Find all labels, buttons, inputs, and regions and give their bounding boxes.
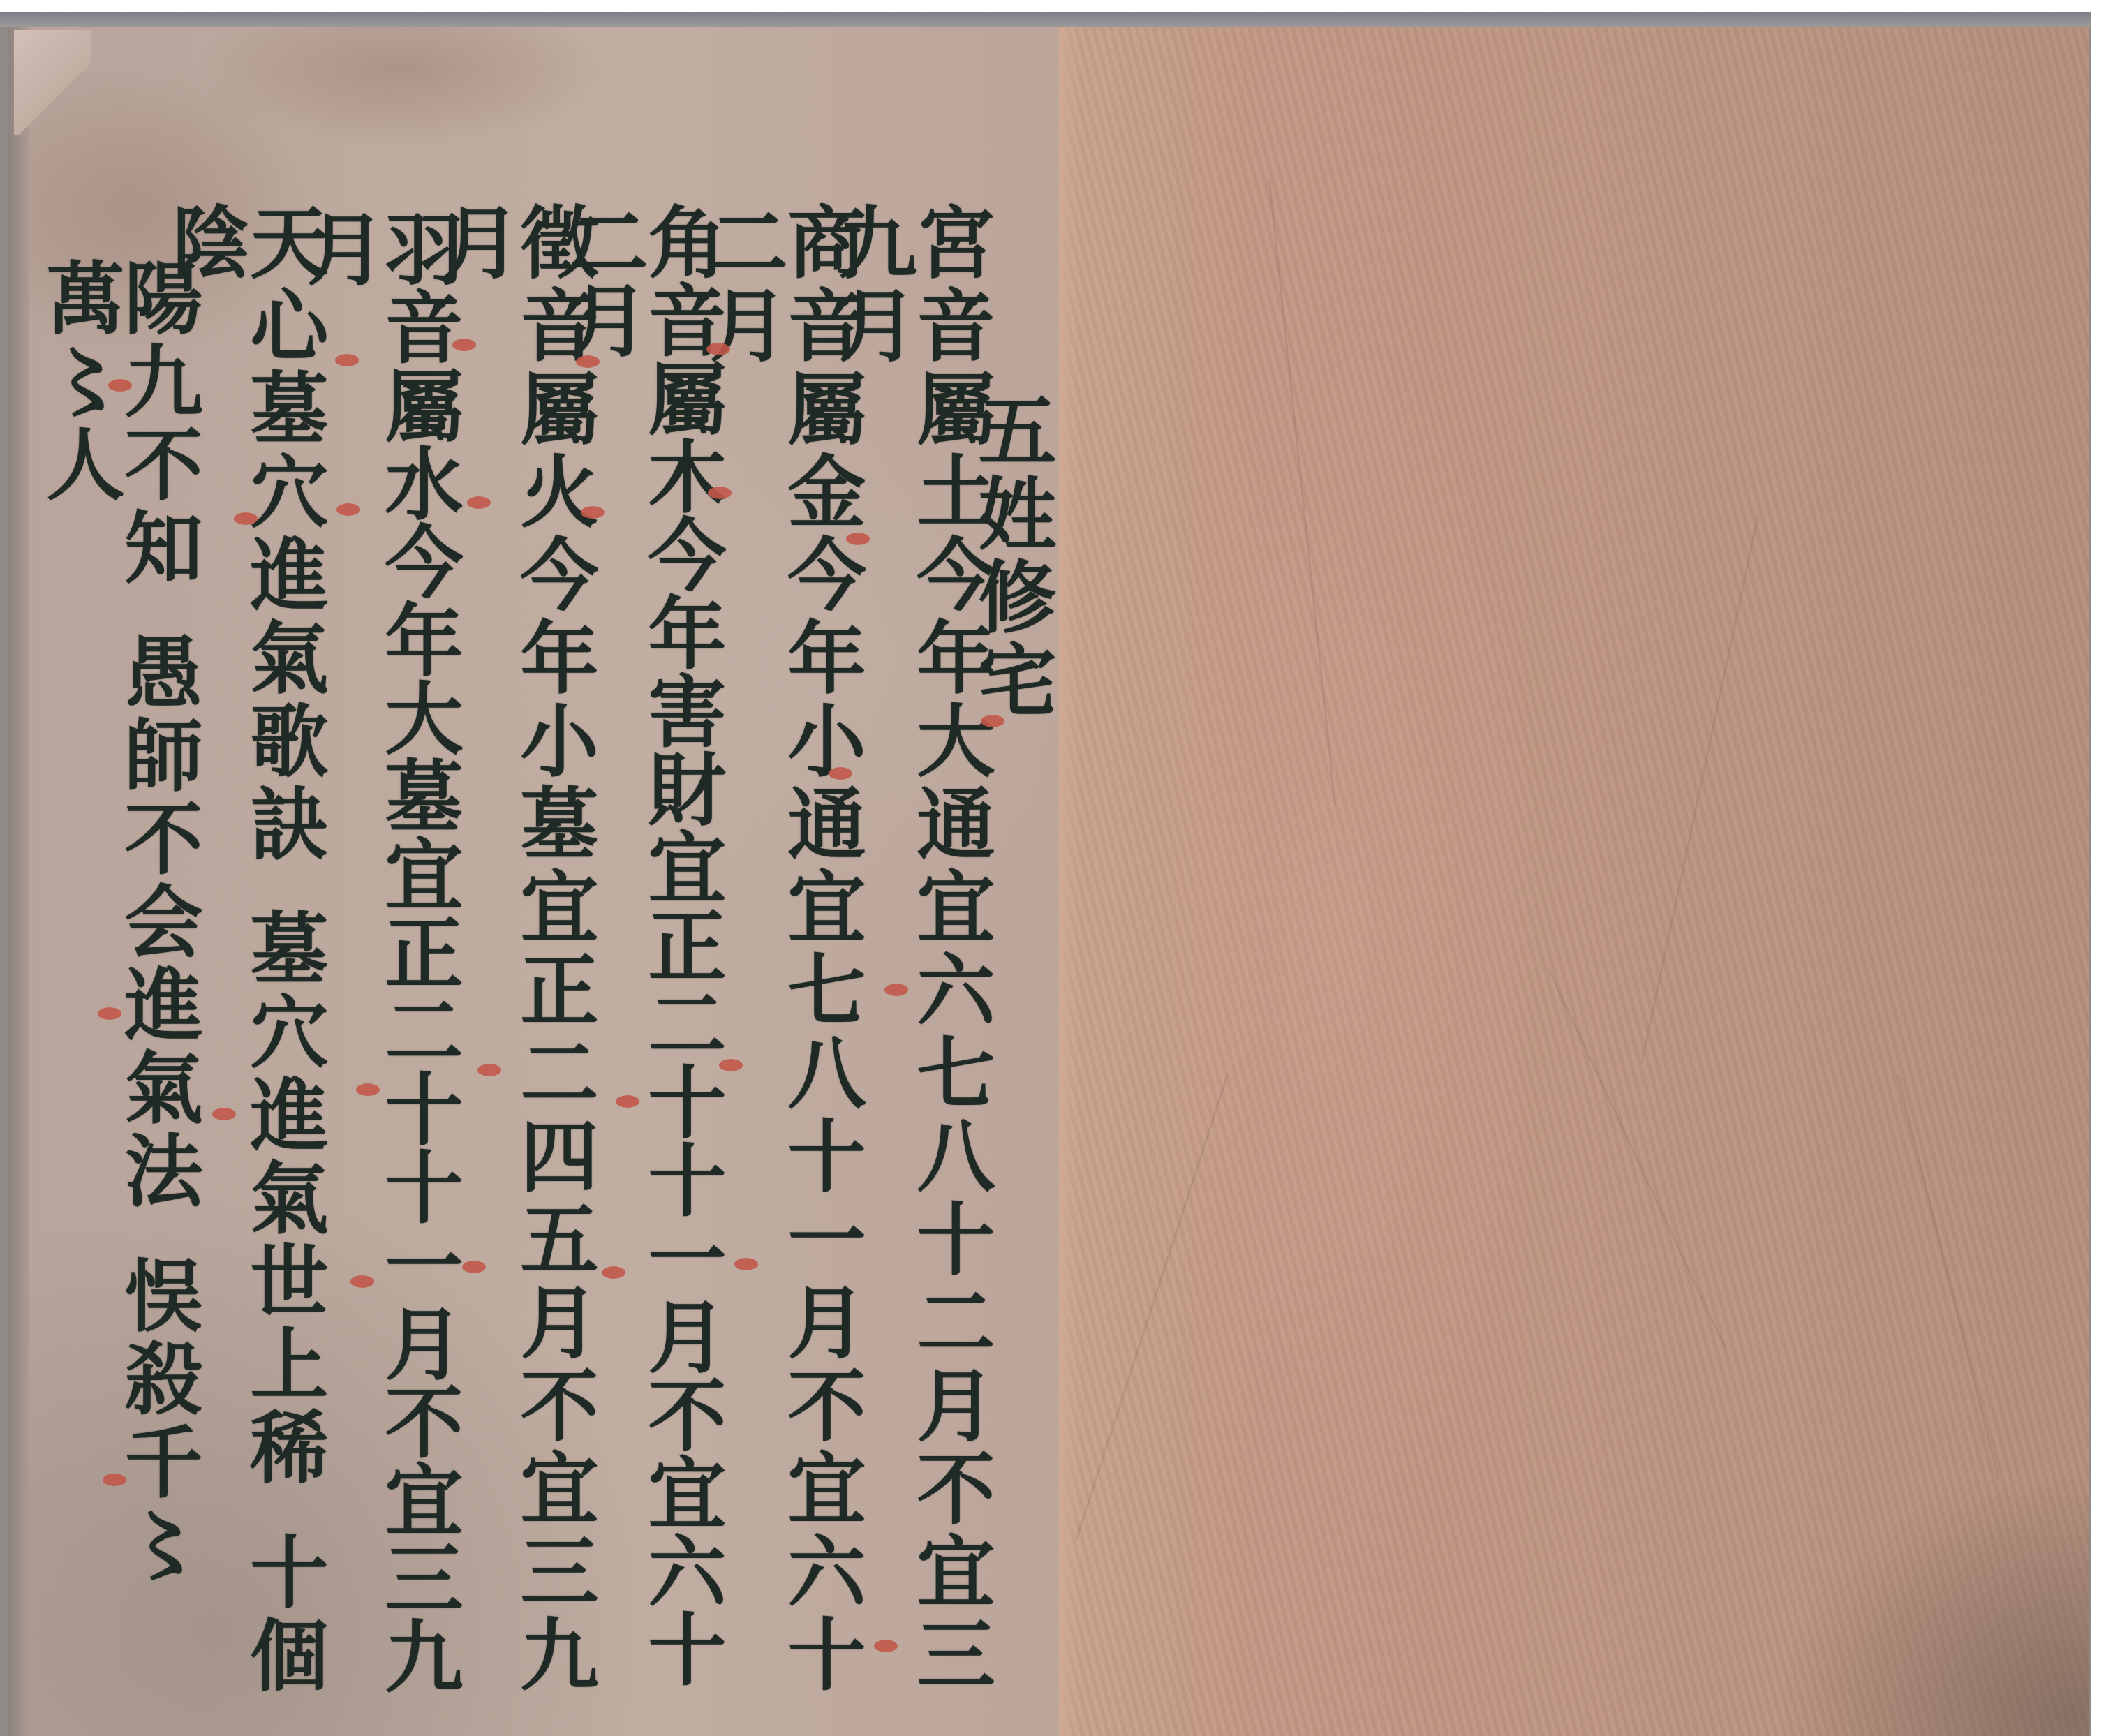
red-punctuation-mark (350, 1275, 374, 1288)
red-punctuation-mark (581, 506, 605, 519)
text-column-verse: 陽九不知愚師不会進氣法悮殺千〻萬〻人 (40, 258, 196, 1736)
red-punctuation-mark (602, 1266, 625, 1279)
verse-line: 愚師不会進氣法 (112, 632, 203, 1213)
left-page: 五姓修宅 宮音屬土今年大通宜六七八十二月不宜三九月 商音屬金今年小通宜七八十一月… (8, 27, 1059, 1736)
right-page-blank (1059, 27, 2089, 1736)
song-title: 天心墓穴進氣歌訣 (237, 202, 329, 866)
red-punctuation-mark (981, 715, 1004, 727)
red-punctuation-mark (874, 1640, 898, 1652)
red-punctuation-mark (335, 354, 359, 366)
red-punctuation-mark (846, 533, 870, 545)
paper-crease (1076, 1074, 1229, 1540)
scanned-spread: 五姓修宅 宮音屬土今年大通宜六七八十二月不宜三九月 商音屬金今年小通宜七八十一月… (0, 12, 2091, 1736)
red-punctuation-mark (356, 1083, 380, 1096)
paper-crease (1548, 969, 1726, 1349)
red-punctuation-mark (829, 767, 852, 780)
red-punctuation-mark (477, 1064, 501, 1076)
verse-line: 陽九不知 (112, 258, 203, 590)
verse-line: 墓穴進氣世上稀 (237, 908, 329, 1490)
red-punctuation-mark (336, 503, 360, 516)
red-punctuation-mark (103, 1474, 126, 1486)
red-punctuation-mark (616, 1095, 639, 1108)
paper-crease (1268, 181, 1336, 806)
spine-shadow (1059, 27, 1077, 1736)
red-punctuation-mark (719, 1059, 743, 1071)
red-punctuation-mark (706, 343, 730, 355)
red-punctuation-mark (212, 1108, 236, 1120)
red-punctuation-mark (576, 355, 600, 368)
red-punctuation-mark (452, 339, 476, 351)
red-punctuation-mark (467, 496, 491, 509)
scanner-top-edge (0, 12, 2091, 27)
red-punctuation-mark (108, 379, 132, 392)
red-punctuation-mark (734, 1258, 758, 1270)
red-punctuation-mark (234, 512, 258, 525)
paper-crease (1641, 516, 1759, 1062)
red-punctuation-mark (708, 487, 732, 499)
red-punctuation-mark (462, 1261, 486, 1273)
paper-crease (1897, 1074, 2000, 1481)
red-punctuation-mark (98, 1007, 121, 1020)
red-punctuation-mark (884, 984, 908, 996)
text-columns: 五姓修宅 宮音屬土今年大通宜六七八十二月不宜三九月 商音屬金今年小通宜七八十一月… (8, 27, 1059, 1736)
